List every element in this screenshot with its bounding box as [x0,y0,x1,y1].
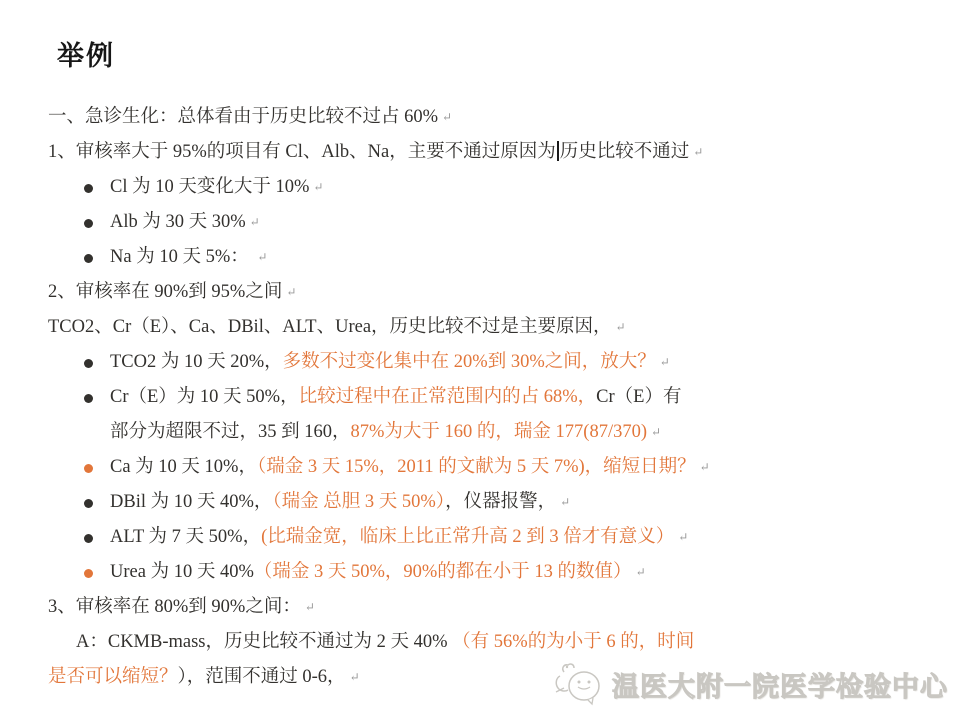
text-line: 2、审核率在 90%到 95%之间↵ [48,275,940,310]
paragraph-mark-icon: ↵ [660,355,670,369]
text-segment: 是否可以缩短？ [48,667,178,687]
paragraph-mark-icon: ↵ [560,495,570,509]
text-segment: DBil 为 10 天 40%， [110,492,272,512]
paragraph-mark-icon: ↵ [305,600,315,614]
paragraph-mark-icon: ↵ [678,530,688,544]
paragraph-mark-icon: ↵ [651,425,661,439]
text-segment: 多数不过变化集中在 20%到 30%之间，放大？ [283,352,656,372]
text-line: TCO2 为 10 天 20%，多数不过变化集中在 20%到 30%之间，放大？… [48,345,940,380]
text-segment: （瑞金 3 天 50%，90%的都在小于 13 的数值） [254,562,632,582]
paragraph-mark-icon: ↵ [693,145,703,159]
text-segment: Urea 为 10 天 40% [110,562,254,582]
bullet-icon [84,534,93,543]
text-line: A：CKMB-mass，历史比较不通过为 2 天 40% （有 56%的为小于 … [48,625,940,660]
text-segment: Cr（E）为 10 天 50%， [110,387,299,407]
bullet-icon [84,499,93,508]
slide-title: 举例 [57,34,115,73]
paragraph-mark-icon: ↵ [250,215,260,229]
text-line: TCO2、Cr（E）、Ca、DBil、ALT、Urea，历史比较不过是主要原因，… [48,310,940,345]
text-cursor [557,141,559,161]
paragraph-mark-icon: ↵ [636,565,646,579]
text-line: 1、审核率大于 95%的项目有 Cl、Alb、Na，主要不通过原因为历史比较不通… [48,135,940,170]
text-segment: Cl 为 10 天变化大于 10% [110,177,309,197]
watermark-text: 温医大附一院医学检验中心 [612,665,948,704]
text-segment: A：CKMB-mass，历史比较不通过为 2 天 40% [76,632,452,652]
text-segment: （瑞金 总胆 3 天 50%） [272,492,445,512]
slide: 举例 一、急诊生化：总体看由于历史比较不过占 60%↵1、审核率大于 95%的项… [0,0,960,720]
watermark: 温医大附一院医学检验中心 [554,662,948,706]
paragraph-mark-icon: ↵ [616,320,626,334]
text-segment: （瑞金 3 天 15%，2011 的文献为 5 天 7%)，缩短日期？ [257,457,696,477]
text-segment: 一、急诊生化：总体看由于历史比较不过占 60% [48,107,438,127]
text-segment: (比瑞金宽，临床上比正常升高 2 到 3 倍才有意义） [261,527,674,547]
text-segment: 历史比较不通过 [560,142,690,162]
text-segment: ，仪器报警， [445,492,556,512]
paragraph-mark-icon: ↵ [286,285,296,299]
text-line: Alb 为 30 天 30%↵ [48,205,940,240]
text-segment: TCO2、Cr（E）、Ca、DBil、ALT、Urea，历史比较不过是主要原因， [48,317,612,337]
text-segment: ），范围不通过 0-6， [178,667,346,687]
text-line: 3、审核率在 80%到 90%之间：↵ [48,590,940,625]
text-segment: （有 56%的为小于 6 的，时间 [452,632,694,652]
text-segment: 部分为超限不过，35 到 160， [110,422,351,442]
text-line: 一、急诊生化：总体看由于历史比较不过占 60%↵ [48,100,940,135]
text-line: Cr（E）为 10 天 50%，比较过程中在正常范围内的占 68%，Cr（E）有 [48,380,940,415]
text-segment: 比较过程中在正常范围内的占 68%， [299,387,597,407]
paragraph-mark-icon: ↵ [700,460,710,474]
text-segment: Cr（E）有 [596,387,681,407]
text-segment: 87%为大于 160 的，瑞金 177(87/370) [351,422,648,442]
text-segment: 2、审核率在 90%到 95%之间 [48,282,282,302]
text-segment: Na 为 10 天 5%： [110,247,253,267]
paragraph-mark-icon: ↵ [313,180,323,194]
text-line: Cl 为 10 天变化大于 10%↵ [48,170,940,205]
text-line: Na 为 10 天 5%： ↵ [48,240,940,275]
paragraph-mark-icon: ↵ [350,670,360,684]
text-line: ALT 为 7 天 50%，(比瑞金宽，临床上比正常升高 2 到 3 倍才有意义… [48,520,940,555]
bullet-icon [84,254,93,263]
text-line: Urea 为 10 天 40%（瑞金 3 天 50%，90%的都在小于 13 的… [48,555,940,590]
text-segment: Alb 为 30 天 30% [110,212,246,232]
text-segment: 3、审核率在 80%到 90%之间： [48,597,301,617]
bullet-icon [84,569,93,578]
paragraph-mark-icon: ↵ [442,110,452,124]
bullet-icon [84,464,93,473]
text-line: DBil 为 10 天 40%，（瑞金 总胆 3 天 50%），仪器报警，↵ [48,485,940,520]
bullet-icon [84,394,93,403]
paragraph-mark-icon: ↵ [257,250,267,264]
text-line: Ca 为 10 天 10%，（瑞金 3 天 15%，2011 的文献为 5 天 … [48,450,940,485]
text-segment: 1、审核率大于 95%的项目有 Cl、Alb、Na，主要不通过原因为 [48,142,556,162]
body-text: 一、急诊生化：总体看由于历史比较不过占 60%↵1、审核率大于 95%的项目有 … [48,100,940,695]
text-line: 部分为超限不过，35 到 160，87%为大于 160 的，瑞金 177(87/… [48,415,940,450]
center-logo-icon [554,662,606,706]
bullet-icon [84,219,93,228]
bullet-icon [84,359,93,368]
text-segment: TCO2 为 10 天 20%， [110,352,283,372]
text-segment: Ca 为 10 天 10%， [110,457,257,477]
bullet-icon [84,184,93,193]
text-segment: ALT 为 7 天 50%， [110,527,261,547]
